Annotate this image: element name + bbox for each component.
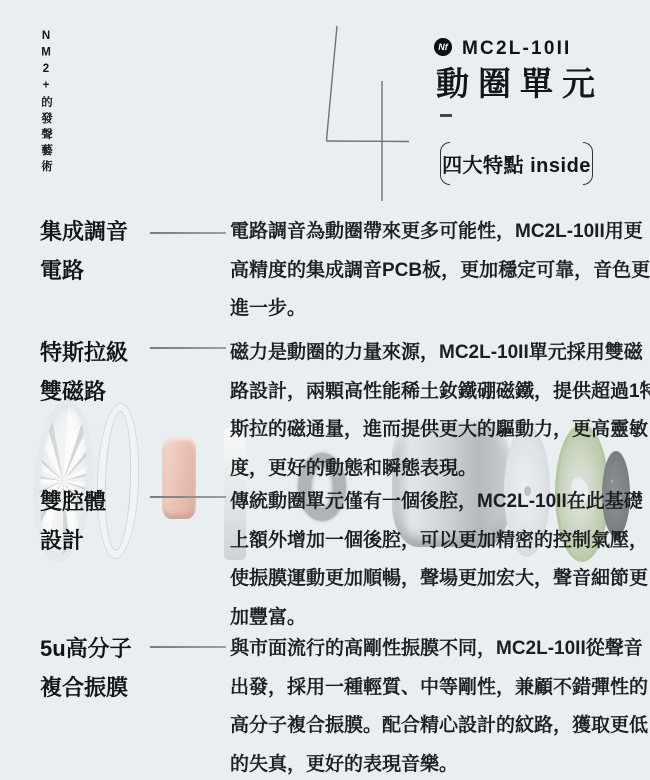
feature-sections: 集成調音 電路 電路調音為動圈帶來更多可能性，MC2L-10II用更 高精度的集…	[0, 0, 650, 780]
section-body: 傳統動圈單元僅有一個後腔，MC2L-10II在此基礎 上額外增加一個後腔，可以更…	[230, 483, 648, 637]
section-body: 與市面流行的高剛性振膜不同，MC2L-10II從聲音 出發，採用一種輕質、中等剛…	[230, 630, 648, 780]
section-body: 電路調音為動圈帶來更多可能性，MC2L-10II用更 高精度的集成調音PCB板，…	[230, 213, 650, 329]
product-feature-page: NM2+的發聲藝術 Nf MC2L-10II 動圈單元 四大特點 inside …	[0, 0, 650, 780]
section-body: 磁力是動圈的力量來源，MC2L-10II單元採用雙磁 路設計，兩顆高性能稀土釹鐵…	[230, 334, 650, 488]
section-title: 5u高分子 複合振膜	[40, 630, 225, 707]
section-title: 雙腔體 設計	[40, 483, 225, 560]
section-title: 集成調音 電路	[40, 213, 225, 290]
section-title: 特斯拉級 雙磁路	[40, 334, 225, 411]
